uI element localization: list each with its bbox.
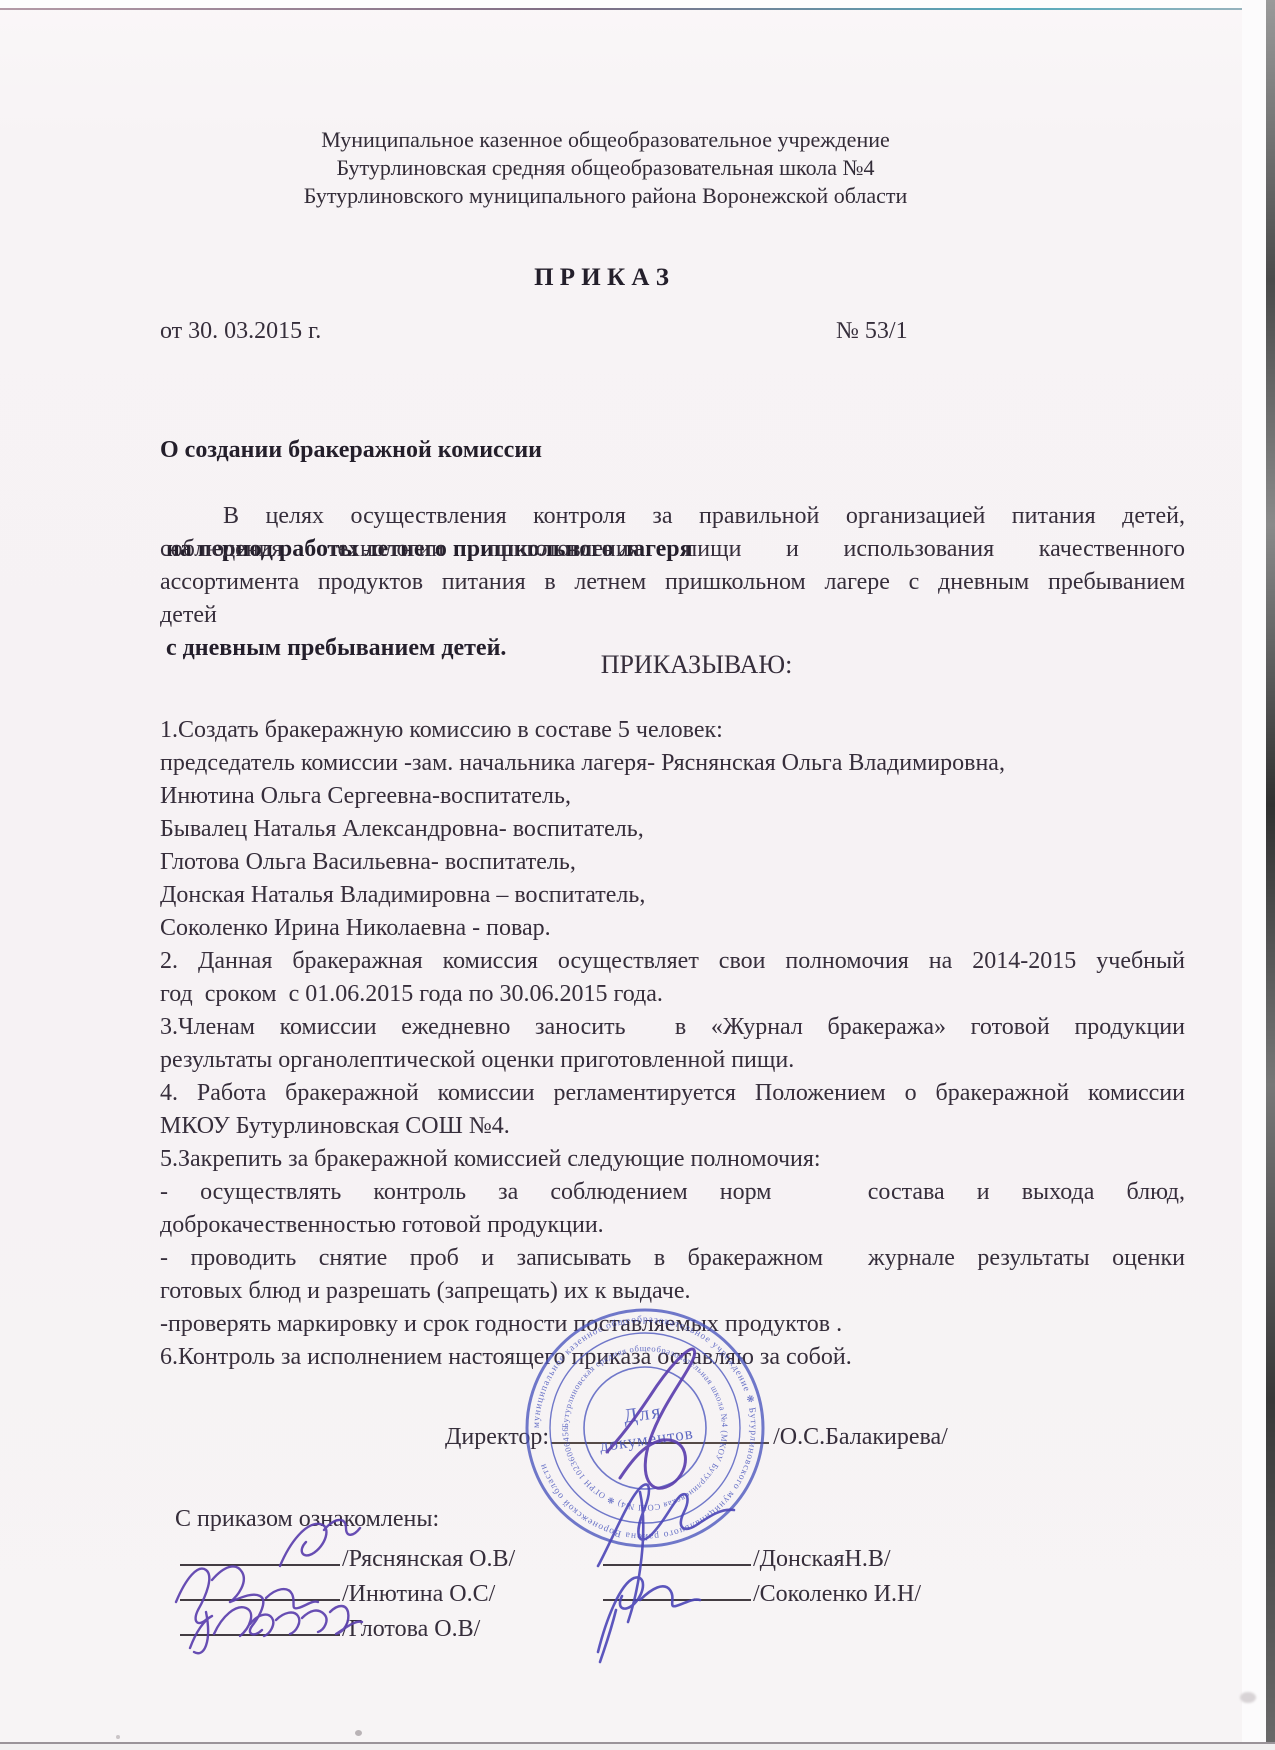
body-line: - проводить снятие проб и записывать в б… [160, 1242, 1185, 1275]
ack-label: С приказом ознакомлены: [175, 1506, 439, 1533]
order-date: от 30. 03.2015 г. [160, 318, 321, 344]
signature-name-label: /Инютина О.С/ [342, 1581, 495, 1607]
signature-underline [603, 1573, 751, 1601]
director-name: /О.С.Балакирева/ [773, 1424, 948, 1450]
sokolenko-signature-ink [600, 1610, 616, 1662]
paper-speck [116, 1735, 120, 1739]
body-line: Инютина Ольга Сергеевна-воспитатель, [160, 780, 1185, 813]
subject-line: О создании бракеражной комиссии [160, 434, 1185, 467]
signature-name-label: /Глотова О.В/ [342, 1616, 480, 1642]
body-line: готовых блюд и разрешать (запрещать) их … [160, 1275, 1185, 1308]
org-line: Муниципальное казенное общеобразовательн… [160, 126, 1051, 154]
body-line: Глотова Ольга Васильевна- воспитатель, [160, 846, 1185, 879]
signature-underline [180, 1573, 340, 1601]
body-line: 4. Работа бракеражной комиссии регламент… [160, 1077, 1185, 1110]
body-line: 5.Закрепить за бракеражной комиссией сле… [160, 1143, 1185, 1176]
scanned-order-page: Муниципальное казенное общеобразовательн… [0, 0, 1275, 1750]
body-line: 3.Членам комиссии ежедневно заносить в «… [160, 1011, 1185, 1044]
signature-row: /Ряснянская О.В/ [180, 1538, 515, 1573]
signature-underline [180, 1538, 340, 1566]
scan-edge-bottom [0, 1742, 1275, 1750]
intro-line: детей [160, 599, 1185, 632]
resolve-word: ПРИКАЗЫВАЮ: [160, 650, 1185, 680]
intro-line: соблюдения технологии приготовления пищи… [160, 533, 1185, 566]
body-line: результаты органолептической оценки приг… [160, 1044, 1185, 1077]
intro-line: В целях осуществления контроля за правил… [160, 500, 1185, 533]
signature-row: /Соколенко И.Н/ [603, 1573, 921, 1608]
date-number-row: от 30. 03.2015 г. № 53/1 [160, 318, 1185, 345]
body-line: Бывалец Наталья Александровна- воспитате… [160, 813, 1185, 846]
scan-edge-right-band [1266, 0, 1275, 1750]
body-line: 1.Создать бракеражную комиссию в составе… [160, 714, 1185, 747]
org-line: Бутурлиновская средняя общеобразовательн… [160, 154, 1051, 182]
signature-underline [180, 1608, 340, 1636]
scan-edge-top-line [0, 8, 1275, 10]
signature-name-label: /ДонскаяН.В/ [753, 1546, 891, 1572]
order-title: П Р И К А З [160, 264, 1185, 292]
body-line: год сроком с 01.06.2015 года по 30.06.20… [160, 978, 1185, 1011]
body-line: доброкачественностью готовой продукции. [160, 1209, 1185, 1242]
body-text: 1.Создать бракеражную комиссию в составе… [160, 714, 1185, 1374]
round-stamp: муниципальное казенное общеобразовательн… [523, 1306, 767, 1550]
org-header: Муниципальное казенное общеобразовательн… [160, 126, 1185, 210]
signature-row: /Инютина О.С/ [180, 1573, 515, 1608]
body-line: Соколенко Ирина Николаевна - повар. [160, 912, 1185, 945]
body-line: Донская Наталья Владимировна – воспитате… [160, 879, 1185, 912]
scan-edge-top [0, 0, 1275, 8]
signature-row: /Глотова О.В/ [180, 1608, 515, 1643]
body-line: 2. Данная бракеражная комиссия осуществл… [160, 945, 1185, 978]
org-line: Бутурлиновского муниципального района Во… [160, 182, 1051, 210]
order-number: № 53/1 [836, 318, 908, 345]
signature-column-left: /Ряснянская О.В/ /Инютина О.С/ /Глотова … [180, 1538, 515, 1643]
signature-name-label: /Соколенко И.Н/ [753, 1581, 921, 1607]
stamp-center-text: Для документов [595, 1397, 695, 1456]
body-line: председатель комиссии -зам. начальника л… [160, 747, 1185, 780]
intro-line: ассортимента продуктов питания в летнем … [160, 566, 1185, 599]
intro-paragraph: В целях осуществления контроля за правил… [160, 500, 1185, 632]
body-line: МКОУ Бутурлиновская СОШ №4. [160, 1110, 1185, 1143]
signature-name-label: /Ряснянская О.В/ [342, 1546, 515, 1572]
svg-text:Для: Для [622, 1401, 664, 1428]
svg-text:документов: документов [598, 1423, 694, 1455]
paper-speck [355, 1730, 362, 1736]
body-line: - осуществлять контроль за соблюдением н… [160, 1176, 1185, 1209]
paper-smudge [1240, 1692, 1256, 1703]
